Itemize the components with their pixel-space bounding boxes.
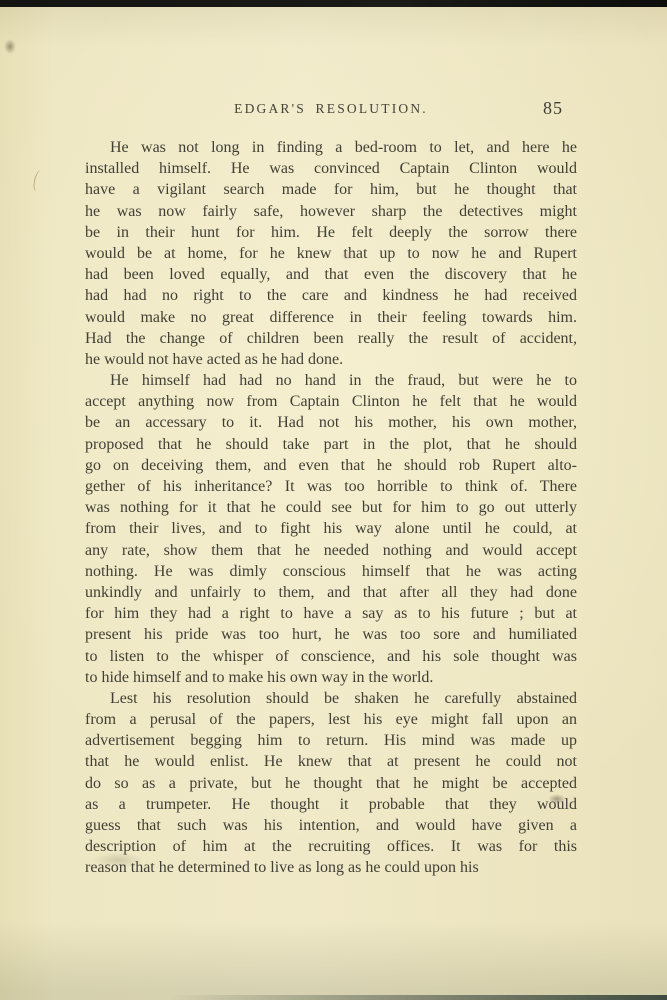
book-page: EDGAR'S RESOLUTION. 85 He was not long i… [0, 7, 667, 1000]
text-line: was nothing for it that he could see but… [85, 497, 577, 518]
text-line: unkindly and unfairly to them, and that … [85, 582, 577, 603]
chapter-running-title: EDGAR'S RESOLUTION. [85, 101, 577, 117]
text-line: he would not have acted as he had done. [85, 349, 577, 370]
paper-fiber-mark [33, 169, 46, 192]
text-line: reason that he determined to live as lon… [85, 857, 577, 878]
text-line: do so as a private, but he thought that … [85, 773, 577, 794]
text-line: nothing. He was dimly conscious himself … [85, 561, 577, 582]
text-line: Lest his resolution should be shaken he … [85, 688, 577, 709]
text-line: would make no great difference in their … [85, 307, 577, 328]
text-line: He himself had had no hand in the fraud,… [85, 370, 577, 391]
paper-speck [4, 39, 16, 54]
page-body-text: He was not long in finding a bed-room to… [85, 137, 577, 879]
text-line: had been loved equally, and that even th… [85, 264, 577, 285]
paragraph: Lest his resolution should be shaken he … [85, 688, 577, 879]
running-header: EDGAR'S RESOLUTION. 85 [85, 101, 577, 123]
text-line: installed himself. He was convinced Capt… [85, 158, 577, 179]
text-line: present his pride was too hurt, he was t… [85, 624, 577, 645]
text-line: have a vigilant search made for him, but… [85, 179, 577, 200]
text-line: go on deceiving them, and even that he s… [85, 455, 577, 476]
text-line: had had no right to the care and kindnes… [85, 285, 577, 306]
text-line: as a trumpeter. He thought it probable t… [85, 794, 577, 815]
text-line: Had the change of children been really t… [85, 328, 577, 349]
text-line: to hide himself and to make his own way … [85, 667, 577, 688]
text-line: that he would enlist. He knew that at pr… [85, 751, 577, 772]
text-line: accept anything now from Captain Clinton… [85, 391, 577, 412]
text-line: would be at home, for he knew that up to… [85, 243, 577, 264]
text-line: from their lives, and to fight his way a… [85, 518, 577, 539]
text-line: advertisement begging him to return. His… [85, 730, 577, 751]
paragraph: He himself had had no hand in the fraud,… [85, 370, 577, 688]
text-line: guess that such was his intention, and w… [85, 815, 577, 836]
text-line: he was now fairly safe, however sharp th… [85, 201, 577, 222]
book-page-scan: EDGAR'S RESOLUTION. 85 He was not long i… [0, 0, 667, 1000]
text-line: be in their hunt for him. He felt deeply… [85, 222, 577, 243]
text-line: gether of his inheritance? It was too ho… [85, 476, 577, 497]
text-line: any rate, show them that he needed nothi… [85, 540, 577, 561]
paragraph: He was not long in finding a bed-room to… [85, 137, 577, 370]
text-line: He was not long in finding a bed-room to… [85, 137, 577, 158]
text-line: description of him at the recruiting off… [85, 836, 577, 857]
scan-edge-top [0, 0, 667, 7]
text-line: proposed that he should take part in the… [85, 434, 577, 455]
text-line: to listen to the whisper of conscience, … [85, 646, 577, 667]
text-line: from a perusal of the papers, lest his e… [85, 709, 577, 730]
scan-edge-bottom [170, 995, 667, 1000]
text-line: for him they had a right to have a say a… [85, 603, 577, 624]
page-number: 85 [543, 98, 563, 119]
text-line: be an accessary to it. Had not his mothe… [85, 412, 577, 433]
